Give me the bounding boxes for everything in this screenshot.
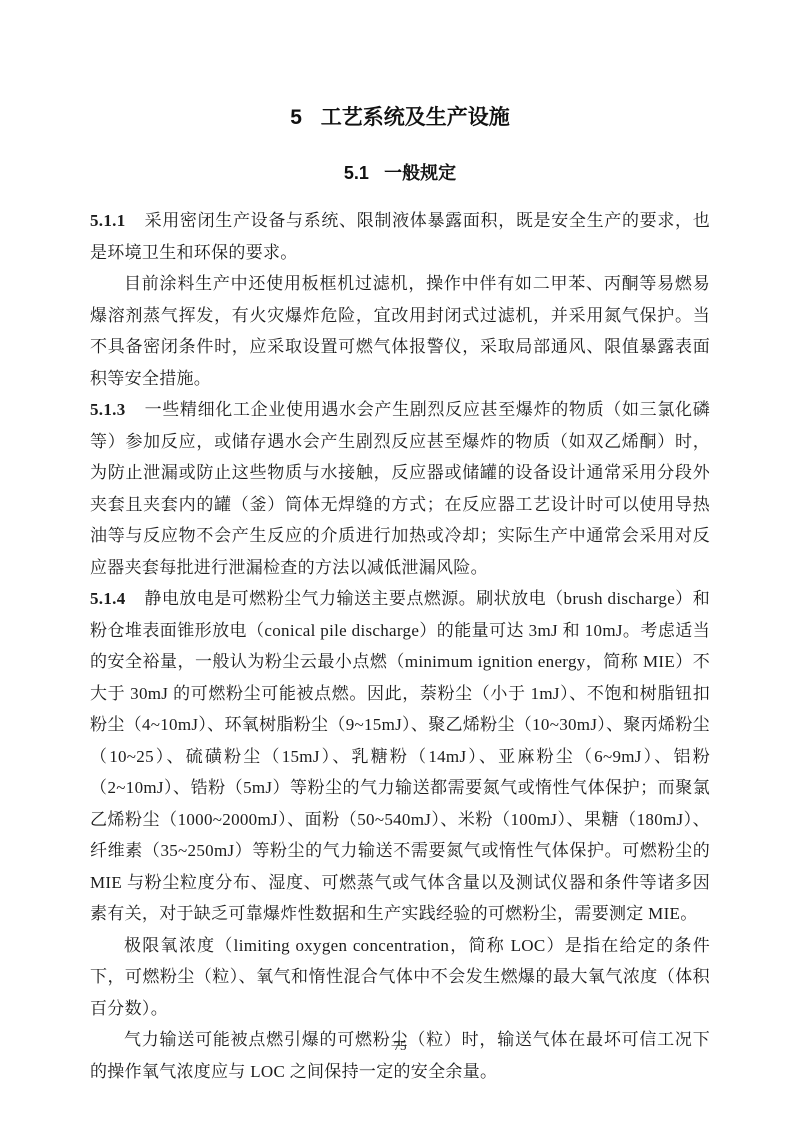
section-heading: 5.1一般规定 [0, 160, 800, 186]
paragraph-5-1-1: 5.1.1采用密闭生产设备与系统、限制液体暴露面积，既是安全生产的要求，也是环境… [90, 205, 710, 268]
paragraph-5-1-3: 5.1.3一些精细化工企业使用遇水会产生剧烈反应甚至爆炸的物质（如三氯化磷等）参… [90, 394, 710, 583]
chapter-number: 5 [290, 106, 302, 129]
clause-number: 5.1.1 [90, 211, 126, 230]
clause-text: 静电放电是可燃粉尘气力输送主要点燃源。刷状放电（brush discharge）… [90, 589, 710, 923]
clause-text: 极限氧浓度（limiting oxygen concentration，简称 L… [90, 936, 710, 1018]
paragraph-note-conveying: 气力输送可能被点燃引爆的可燃粉尘（粒）时，输送气体在最坏可信工况下的操作氧气浓度… [90, 1024, 710, 1087]
clause-text: 一些精细化工企业使用遇水会产生剧烈反应甚至爆炸的物质（如三氯化磷等）参加反应，或… [90, 400, 710, 577]
paragraph-5-1-4: 5.1.4静电放电是可燃粉尘气力输送主要点燃源。刷状放电（brush disch… [90, 583, 710, 930]
paragraph-note-filter: 目前涂料生产中还使用板框机过滤机，操作中伴有如二甲苯、丙酮等易燃易爆溶剂蒸气挥发… [90, 268, 710, 394]
clause-number: 5.1.3 [90, 400, 126, 419]
page-number: 75 [0, 1038, 800, 1054]
chapter-title-text: 工艺系统及生产设施 [321, 106, 510, 129]
paragraph-note-loc: 极限氧浓度（limiting oxygen concentration，简称 L… [90, 930, 710, 1025]
section-title-text: 一般规定 [384, 163, 456, 183]
clause-text: 采用密闭生产设备与系统、限制液体暴露面积，既是安全生产的要求，也是环境卫生和环保… [90, 211, 710, 262]
clause-number: 5.1.4 [90, 589, 126, 608]
body-text: 5.1.1采用密闭生产设备与系统、限制液体暴露面积，既是安全生产的要求，也是环境… [90, 205, 710, 1087]
clause-text: 目前涂料生产中还使用板框机过滤机，操作中伴有如二甲苯、丙酮等易燃易爆溶剂蒸气挥发… [90, 274, 710, 388]
document-page: 5工艺系统及生产设施 5.1一般规定 5.1.1采用密闭生产设备与系统、限制液体… [0, 0, 800, 1131]
chapter-heading: 5工艺系统及生产设施 [0, 103, 800, 133]
section-number: 5.1 [344, 163, 369, 183]
